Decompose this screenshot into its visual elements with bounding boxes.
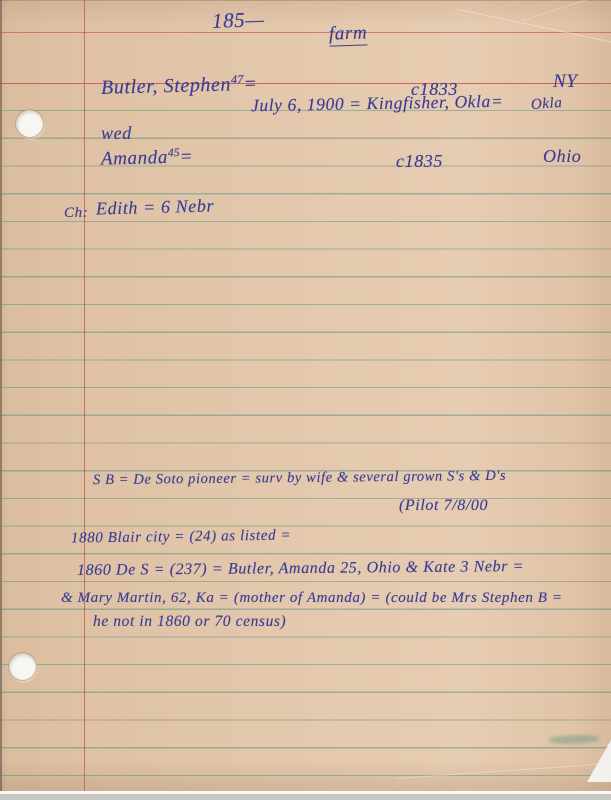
red-header-line <box>0 83 611 84</box>
wife-birthplace: Ohio <box>543 146 581 167</box>
red-margin-line <box>84 0 85 791</box>
note-census-1880: 1880 Blair city = (24) as listed = <box>71 527 291 547</box>
husband-separator: = <box>243 73 258 95</box>
wife-birth-year: c1835 <box>396 151 443 172</box>
wife-name: Amanda45= <box>101 146 194 171</box>
paper-crease <box>522 0 608 22</box>
teal-ruled-lines <box>0 110 611 777</box>
death-state: Okla <box>530 95 563 114</box>
children-label: Ch: <box>64 205 88 222</box>
scanned-notebook-page: 185— farm Butler, Stephen47= c1833 NY Ju… <box>0 0 611 800</box>
note-census-1860-continued: & Mary Martin, 62, Ka = (mother of Amand… <box>61 590 563 607</box>
wife-age-superscript: 45 <box>168 146 180 159</box>
children-entry: Edith = 6 Nebr <box>96 195 215 219</box>
husband-birthplace: NY <box>553 71 577 93</box>
punch-hole-bottom <box>9 653 36 680</box>
red-header-line-top <box>0 32 611 33</box>
wed-label: wed <box>101 123 132 144</box>
note-census-1860-end: he not in 1860 or 70 census) <box>93 613 286 631</box>
paper-crease <box>457 8 611 45</box>
husband-name: Butler, Stephen47= <box>101 72 258 100</box>
note-obituary-source: (Pilot 7/8/00 <box>399 497 488 515</box>
death-date-place: July 6, 1900 = Kingfisher, Okla= <box>251 91 504 116</box>
occupation-heading: farm <box>329 22 368 45</box>
wife-separator: = <box>179 146 193 167</box>
husband-age-superscript: 47 <box>231 72 244 86</box>
ruled-paper-sheet: 185— farm Butler, Stephen47= c1833 NY Ju… <box>0 0 611 791</box>
page-number: 185— <box>212 7 265 34</box>
punch-hole-top <box>16 110 43 137</box>
